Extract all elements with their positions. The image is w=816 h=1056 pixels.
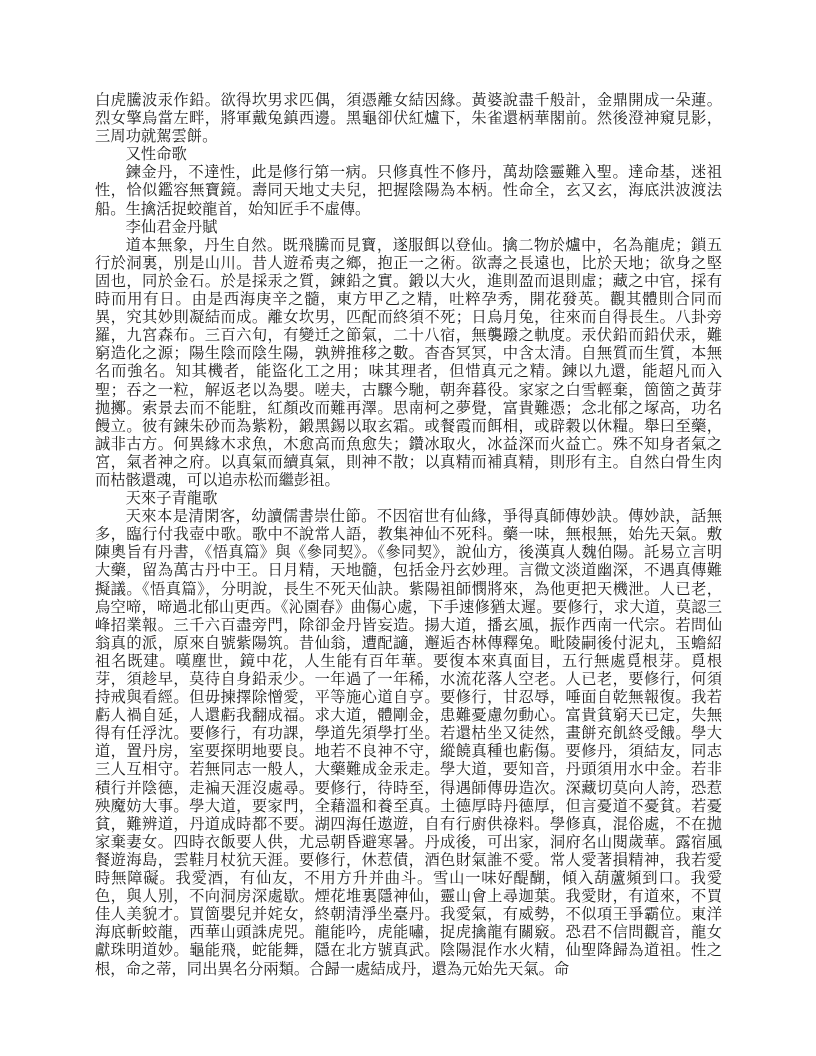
- text-block: 白虎騰波汞作鉛。欲得坎男求匹偶，須憑離女結因緣。黃婆說盡千般計，金鼎開成一朵蓮。…: [95, 92, 722, 979]
- verse-paragraph-qinglong-ge: 天來本是清閑客，幼讀儒書崇仕節。不因宿世有仙緣，爭得真師傳妙訣。傳妙訣，話無多，…: [95, 508, 722, 978]
- verse-paragraph-continuation: 白虎騰波汞作鉛。欲得坎男求匹偶，須憑離女結因緣。黃婆說盡千般計，金鼎開成一朵蓮。…: [95, 92, 722, 146]
- document-page: 白虎騰波汞作鉛。欲得坎男求匹偶，須憑離女結因緣。黃婆說盡千般計，金鼎開成一朵蓮。…: [0, 0, 816, 1056]
- section-heading-you-xingming-ge: 又性命歌: [95, 146, 722, 164]
- prose-paragraph-jindan-fu: 道本無象，丹生自然。既飛騰而見寶，遂服餌以登仙。擒二物於爐中，名為龍虎；鎖五行於…: [95, 237, 722, 490]
- section-heading-li-xianjun-jindan-fu: 李仙君金丹賦: [95, 219, 722, 237]
- verse-paragraph-xingming-ge: 鍊金丹，不達性，此是修行第一病。只修真性不修丹，萬劫陰靈難入聖。達命基，迷祖性，…: [95, 164, 722, 218]
- section-heading-tianlaizi-qinglong-ge: 天來子青龍歌: [95, 490, 722, 508]
